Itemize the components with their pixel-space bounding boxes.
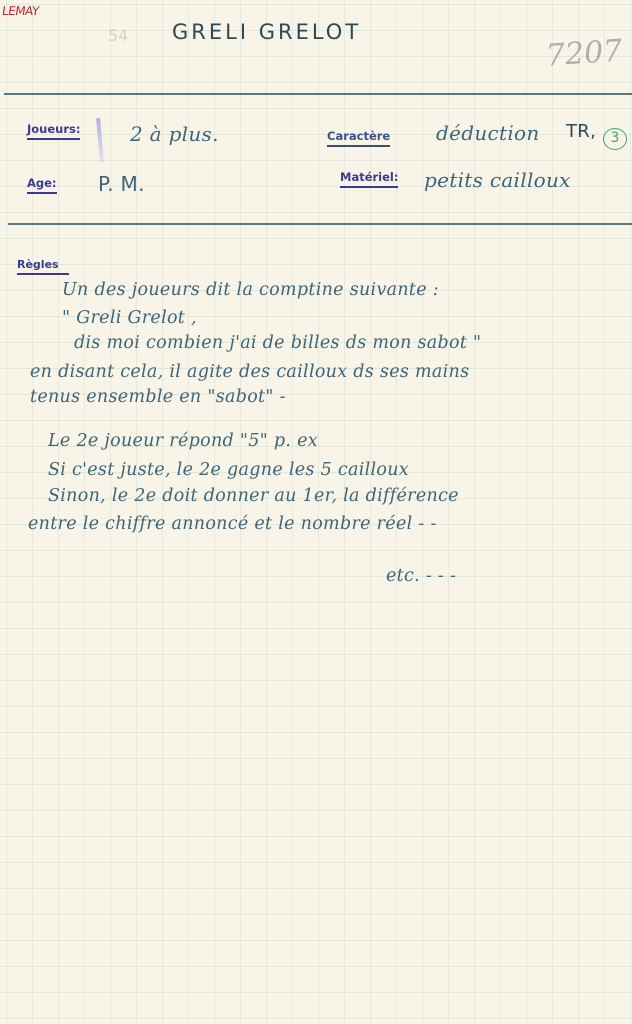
- rules-line: Sinon, le 2e doit donner au 1er, la diff…: [48, 486, 459, 506]
- age-value: P. M.: [98, 172, 145, 196]
- rules-line: Un des joueurs dit la comptine suivante …: [62, 280, 439, 300]
- rules-line: Le 2e joueur répond "5" p. ex: [48, 431, 318, 451]
- catalog-number: 7207: [545, 33, 624, 73]
- age-label: Age:: [27, 177, 57, 194]
- rules-line: etc. - - -: [386, 566, 456, 586]
- rules-line: entre le chiffre annoncé et le nombre ré…: [28, 514, 437, 534]
- corner-stamp: LEMAY: [1, 4, 40, 18]
- caractere-value: déduction: [436, 121, 540, 145]
- faint-pencil-mark: 54: [108, 26, 128, 45]
- stamp-smudge: [96, 118, 104, 162]
- rules-line: Si c'est juste, le 2e gagne les 5 caillo…: [48, 460, 409, 480]
- top-divider: [4, 93, 632, 95]
- game-index-card: LEMAY 54 GRELI GRELOT 7207 Joueurs: 2 à …: [0, 0, 632, 1024]
- bottom-divider: [8, 223, 632, 225]
- rating-badge: 3: [603, 128, 627, 150]
- materiel-label: Matériel:: [340, 171, 398, 188]
- rules-line: en disant cela, il agite des cailloux ds…: [30, 362, 469, 382]
- rules-line: dis moi combien j'ai de billes ds mon sa…: [74, 333, 481, 353]
- caractere-label: Caractère: [327, 130, 390, 147]
- rules-line: " Greli Grelot ,: [62, 308, 197, 328]
- caractere-code: TR,: [566, 121, 596, 142]
- materiel-value: petits cailloux: [424, 168, 571, 192]
- card-title: GRELI GRELOT: [172, 20, 361, 44]
- rules-line: tenus ensemble en "sabot" -: [30, 387, 286, 407]
- joueurs-label: Joueurs:: [27, 123, 80, 140]
- regles-label: Règles: [17, 259, 69, 275]
- joueurs-value: 2 à plus.: [130, 122, 219, 146]
